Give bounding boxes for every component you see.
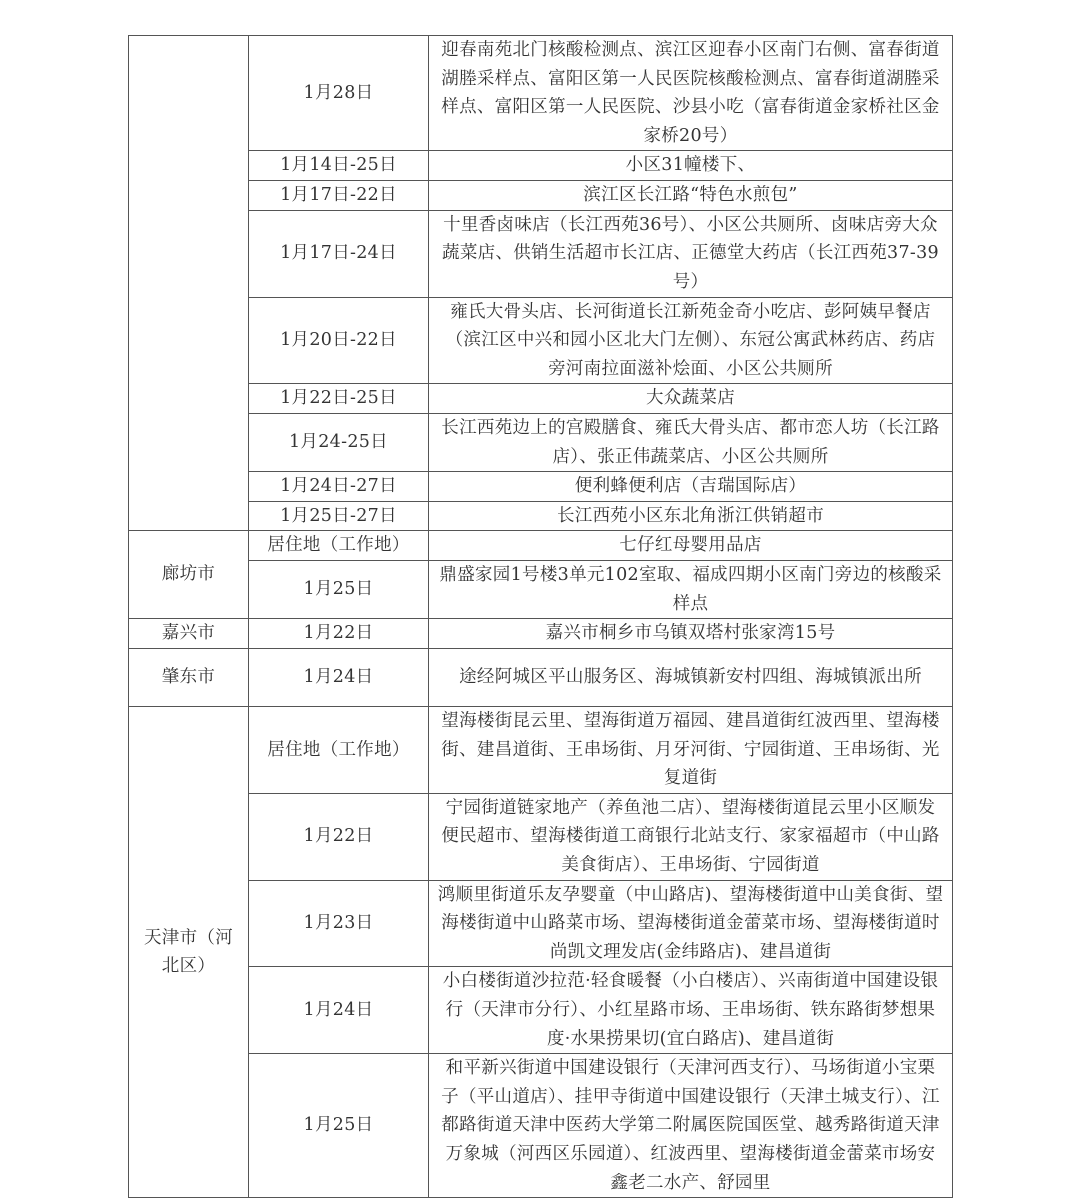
date-cell: 1月17日-22日: [249, 180, 429, 210]
place-cell: 迎春南苑北门核酸检测点、滨江区迎春小区南门右侧、富春街道湖塍采样点、富阳区第一人…: [429, 36, 953, 151]
table-row: 1月24日-27日便利蜂便利店（吉瑞国际店）: [129, 472, 953, 502]
place-cell: 途经阿城区平山服务区、海城镇新安村四组、海城镇派出所: [429, 649, 953, 707]
date-cell: 1月28日: [249, 36, 429, 151]
place-cell: 便利蜂便利店（吉瑞国际店）: [429, 472, 953, 502]
table-row: 1月24日小白楼街道沙拉范·轻食暖餐（小白楼店）、兴南街道中国建设银行（天津市分…: [129, 967, 953, 1054]
table-row: 1月17日-24日十里香卤味店（长江西苑36号）、小区公共厕所、卤味店旁大众蔬菜…: [129, 210, 953, 297]
place-cell: 鸿顺里街道乐友孕婴童（中山路店)、望海楼街道中山美食街、望海楼街道中山路菜市场、…: [429, 880, 953, 967]
place-cell: 长江西苑边上的宫殿膳食、雍氏大骨头店、都市恋人坊（长江路店）、张正伟蔬菜店、小区…: [429, 413, 953, 471]
place-cell: 小白楼街道沙拉范·轻食暖餐（小白楼店）、兴南街道中国建设银行（天津市分行）、小红…: [429, 967, 953, 1054]
place-cell: 大众蔬菜店: [429, 384, 953, 414]
table-row: 1月14日-25日小区31幢楼下、: [129, 151, 953, 181]
date-cell: 1月17日-24日: [249, 210, 429, 297]
date-cell: 1月24-25日: [249, 413, 429, 471]
place-cell: 滨江区长江路“特色水煎包”: [429, 180, 953, 210]
place-cell: 嘉兴市桐乡市乌镇双塔村张家湾15号: [429, 619, 953, 649]
place-cell: 望海楼街昆云里、望海街道万福园、建昌道街红波西里、望海楼街、建昌道街、王串场街、…: [429, 707, 953, 794]
table-row: 1月24-25日长江西苑边上的宫殿膳食、雍氏大骨头店、都市恋人坊（长江路店）、张…: [129, 413, 953, 471]
table-row: 1月22日宁园街道链家地产（养鱼池二店）、望海楼街道昆云里小区顺发便民超市、望海…: [129, 793, 953, 880]
city-cell: 廊坊市: [129, 531, 249, 619]
place-cell: 十里香卤味店（长江西苑36号）、小区公共厕所、卤味店旁大众蔬菜店、供销生活超市长…: [429, 210, 953, 297]
city-cell: [129, 36, 249, 531]
place-cell: 和平新兴街道中国建设银行（天津河西支行）、马场街道小宝栗子（平山道店）、挂甲寺街…: [429, 1054, 953, 1198]
table-row: 1月25日和平新兴街道中国建设银行（天津河西支行）、马场街道小宝栗子（平山道店）…: [129, 1054, 953, 1198]
table-row: 肇东市1月24日途经阿城区平山服务区、海城镇新安村四组、海城镇派出所: [129, 649, 953, 707]
date-cell: 1月25日: [249, 1054, 429, 1198]
city-cell: 天津市（河北区）: [129, 707, 249, 1198]
date-cell: 1月22日: [249, 793, 429, 880]
place-cell: 七仔红母婴用品店: [429, 531, 953, 561]
date-cell: 1月22日: [249, 619, 429, 649]
date-cell: 居住地（工作地）: [249, 707, 429, 794]
place-cell: 长江西苑小区东北角浙江供销超市: [429, 501, 953, 531]
table-row: 1月25日-27日长江西苑小区东北角浙江供销超市: [129, 501, 953, 531]
table-row: 1月20日-22日雍氏大骨头店、长河街道长江新苑金奇小吃店、彭阿姨早餐店（滨江区…: [129, 297, 953, 384]
date-cell: 居住地（工作地）: [249, 531, 429, 561]
date-cell: 1月23日: [249, 880, 429, 967]
date-cell: 1月14日-25日: [249, 151, 429, 181]
date-cell: 1月22日-25日: [249, 384, 429, 414]
city-cell: 嘉兴市: [129, 619, 249, 649]
place-cell: 雍氏大骨头店、长河街道长江新苑金奇小吃店、彭阿姨早餐店（滨江区中兴和园小区北大门…: [429, 297, 953, 384]
table-row: 1月17日-22日滨江区长江路“特色水煎包”: [129, 180, 953, 210]
place-cell: 小区31幢楼下、: [429, 151, 953, 181]
date-cell: 1月25日: [249, 560, 429, 618]
exposure-locations-table: 1月28日迎春南苑北门核酸检测点、滨江区迎春小区南门右侧、富春街道湖塍采样点、富…: [128, 35, 953, 1198]
city-cell: 肇东市: [129, 649, 249, 707]
table-row: 1月22日-25日大众蔬菜店: [129, 384, 953, 414]
date-cell: 1月24日: [249, 967, 429, 1054]
table-row: 1月25日鼎盛家园1号楼3单元102室取、福成四期小区南门旁边的核酸采样点: [129, 560, 953, 618]
date-cell: 1月24日: [249, 649, 429, 707]
table-row: 天津市（河北区）居住地（工作地）望海楼街昆云里、望海街道万福园、建昌道街红波西里…: [129, 707, 953, 794]
place-cell: 鼎盛家园1号楼3单元102室取、福成四期小区南门旁边的核酸采样点: [429, 560, 953, 618]
date-cell: 1月20日-22日: [249, 297, 429, 384]
table-row: 廊坊市居住地（工作地）七仔红母婴用品店: [129, 531, 953, 561]
table-row: 1月23日鸿顺里街道乐友孕婴童（中山路店)、望海楼街道中山美食街、望海楼街道中山…: [129, 880, 953, 967]
place-cell: 宁园街道链家地产（养鱼池二店）、望海楼街道昆云里小区顺发便民超市、望海楼街道工商…: [429, 793, 953, 880]
date-cell: 1月25日-27日: [249, 501, 429, 531]
table-row: 1月28日迎春南苑北门核酸检测点、滨江区迎春小区南门右侧、富春街道湖塍采样点、富…: [129, 36, 953, 151]
date-cell: 1月24日-27日: [249, 472, 429, 502]
table-row: 嘉兴市1月22日嘉兴市桐乡市乌镇双塔村张家湾15号: [129, 619, 953, 649]
